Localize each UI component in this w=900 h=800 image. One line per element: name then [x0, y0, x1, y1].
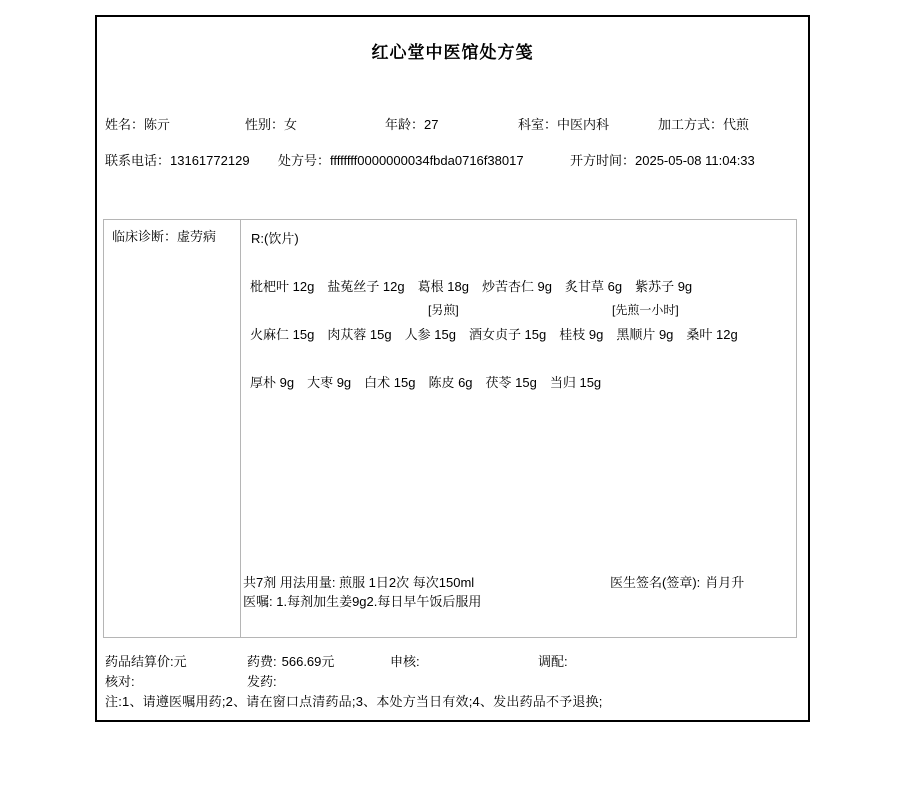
patient-gender-value: 女: [284, 117, 297, 132]
decoct-annotation-first: [先煎一小时]: [612, 301, 679, 318]
herb-item: 大枣 9g: [307, 375, 351, 390]
patient-age-field: 年龄：27: [385, 114, 438, 133]
issue-time-field: 开方时间：2025-05-08 11:04:33: [570, 150, 755, 169]
check-field: 核对:: [105, 671, 135, 690]
processing-method-label: 加工方式：: [658, 117, 723, 132]
rx-number-label: 处方号：: [278, 153, 330, 168]
herb-item: 炒苦杏仁 9g: [482, 279, 552, 294]
issue-time-value: 2025-05-08 11:04:33: [635, 153, 755, 168]
dispense-prepare-field: 调配:: [538, 651, 568, 670]
patient-name-label: 姓名：: [105, 117, 144, 132]
herb-item: 陈皮 6g: [428, 375, 472, 390]
herb-item: 炙甘草 6g: [565, 279, 622, 294]
processing-method-value: 代煎: [723, 117, 749, 132]
phone-label: 联系电话：: [105, 153, 170, 168]
doctor-signature-field: 医生签名(签章):肖月升: [610, 572, 744, 591]
doctor-signature-value: 肖月升: [700, 575, 744, 590]
patient-gender-field: 性别：女: [245, 114, 297, 133]
settle-price-field: 药品结算价:元: [105, 651, 187, 670]
herb-item: 黑顺片 9g: [616, 327, 673, 342]
phone-field: 联系电话：13161772129: [105, 150, 250, 169]
herb-item: 酒女贞子 15g: [469, 327, 546, 342]
prescription-page: 红心堂中医馆处方笺 姓名：陈亓 性别：女 年龄：27 科室：中医内科 加工方式：…: [0, 0, 900, 800]
patient-gender-label: 性别：: [245, 117, 284, 132]
diagnosis-label: 临床诊断：: [112, 229, 177, 244]
department-field: 科室：中医内科: [518, 114, 609, 133]
review-label: 申核:: [390, 654, 420, 669]
department-value: 中医内科: [557, 117, 609, 132]
herb-line-1: 枇杷叶 12g盐菟丝子 12g葛根 18g炒苦杏仁 9g炙甘草 6g紫苏子 9g: [250, 276, 705, 295]
patient-age-value: 27: [424, 117, 438, 132]
issue-time-label: 开方时间：: [570, 153, 635, 168]
fee-label: 药费:: [247, 654, 277, 669]
doctor-remark: 医嘱: 1.每剂加生姜9g2.每日早午饭后服用: [243, 591, 481, 610]
page-title: 红心堂中医馆处方笺: [97, 38, 808, 63]
rx-number-value: ffffffff0000000034fbda0716f38017: [330, 153, 524, 168]
herb-item: 桂枝 9g: [559, 327, 603, 342]
herb-item: 桑叶 12g: [686, 327, 737, 342]
review-field: 申核:: [390, 651, 420, 670]
herb-item: 葛根 18g: [418, 279, 469, 294]
prescription-box: 临床诊断：虚劳病 R:(饮片) 枇杷叶 12g盐菟丝子 12g葛根 18g炒苦杏…: [103, 219, 797, 638]
patient-name-value: 陈亓: [144, 117, 170, 132]
herb-line-2: 火麻仁 15g肉苁蓉 15g人参 15g酒女贞子 15g桂枝 9g黑顺片 9g桑…: [250, 324, 751, 343]
settle-price-value: 元: [174, 654, 187, 669]
diagnosis-column: 临床诊断：虚劳病: [104, 220, 241, 637]
rx-header: R:(饮片): [251, 228, 299, 247]
dispense-label: 发药:: [247, 674, 277, 689]
phone-value: 13161772129: [170, 153, 250, 168]
check-label: 核对:: [105, 674, 135, 689]
herb-item: 人参 15g: [405, 327, 456, 342]
herb-line-3: 厚朴 9g大枣 9g白术 15g陈皮 6g茯苓 15g当归 15g: [250, 372, 614, 391]
herb-item: 枇杷叶 12g: [250, 279, 314, 294]
usage-summary: 共7剂 用法用量: 煎服 1日2次 每次150ml: [243, 572, 474, 591]
herb-item: 肉苁蓉 15g: [327, 327, 391, 342]
patient-name-field: 姓名：陈亓: [105, 114, 170, 133]
patient-age-label: 年龄：: [385, 117, 424, 132]
fee-value: 566.69元: [277, 654, 335, 669]
footer-note: 注:1、请遵医嘱用药;2、请在窗口点清药品;3、本处方当日有效;4、发出药品不予…: [105, 691, 603, 710]
diagnosis-field: 临床诊断：虚劳病: [112, 226, 216, 245]
settle-price-label: 药品结算价:: [105, 654, 174, 669]
processing-method-field: 加工方式：代煎: [658, 114, 749, 133]
herb-item: 紫苏子 9g: [635, 279, 692, 294]
rx-number-field: 处方号：ffffffff0000000034fbda0716f38017: [278, 150, 524, 169]
herb-item: 当归 15g: [550, 375, 601, 390]
herb-item: 茯苓 15g: [486, 375, 537, 390]
dispense-field: 发药:: [247, 671, 277, 690]
fee-field: 药费:566.69元: [247, 651, 334, 670]
decoct-annotation-separate: [另煎]: [428, 301, 459, 318]
prescription-sheet: 红心堂中医馆处方笺 姓名：陈亓 性别：女 年龄：27 科室：中医内科 加工方式：…: [95, 15, 810, 722]
herb-item: 白术 15g: [364, 375, 415, 390]
herb-item: 火麻仁 15g: [250, 327, 314, 342]
department-label: 科室：: [518, 117, 557, 132]
diagnosis-value: 虚劳病: [177, 229, 216, 244]
doctor-signature-label: 医生签名(签章):: [610, 575, 700, 590]
herb-item: 厚朴 9g: [250, 375, 294, 390]
dispense-prepare-label: 调配:: [538, 654, 568, 669]
herb-item: 盐菟丝子 12g: [327, 279, 404, 294]
